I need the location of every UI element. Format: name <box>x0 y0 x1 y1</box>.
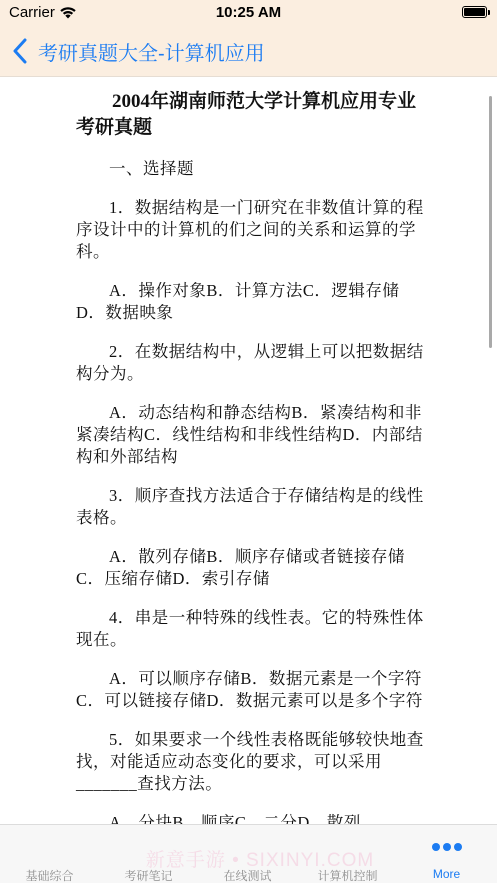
tab-computer-control[interactable]: 计算机控制 <box>298 825 397 883</box>
tab-notes[interactable]: 考研笔记 <box>99 825 198 883</box>
tab-basics[interactable]: 基础综合 <box>0 825 99 883</box>
tab-online-test[interactable]: 在线测试 <box>198 825 297 883</box>
tab-bar: 基础综合 考研笔记 在线测试 计算机控制 More <box>0 824 497 883</box>
question-2: 2．在数据结构中，从逻辑上可以把数据结构分为。 <box>76 341 426 385</box>
battery-full-icon <box>462 6 487 18</box>
tab-label: 在线测试 <box>198 867 297 883</box>
question-3: 3．顺序查找方法适合于存储结构是的线性表格。 <box>76 485 426 529</box>
tab-label: 基础综合 <box>0 867 99 883</box>
vertical-scrollbar[interactable] <box>489 96 492 348</box>
more-dots-icon <box>397 843 496 851</box>
navigation-bar: 考研真题大全-计算机应用 <box>0 26 497 77</box>
back-title: 考研真题大全-计算机应用 <box>38 37 265 66</box>
options-1: A．操作对象B．计算方法C．逻辑存储D．数据映象 <box>76 280 426 324</box>
options-2: A．动态结构和静态结构B．紧凑结构和非紧凑结构C．线性结构和非线性结构D．内部结… <box>76 402 426 468</box>
tab-label: 计算机控制 <box>298 867 397 883</box>
document-title: 2004年湖南师范大学计算机应用专业考研真题 <box>76 89 426 141</box>
clock: 10:25 AM <box>0 4 497 21</box>
question-5: 5．如果要求一个线性表格既能够较快地查找，对能适应动态变化的要求，可以采用___… <box>76 729 426 795</box>
tab-label: 考研笔记 <box>99 867 198 883</box>
options-5: A．分块B．顺序C．二分D．散列 <box>76 812 426 824</box>
chevron-left-icon <box>12 38 28 64</box>
section-heading: 一、选择题 <box>76 158 426 180</box>
battery-tip <box>488 10 490 15</box>
back-button[interactable]: 考研真题大全-计算机应用 <box>12 36 265 66</box>
options-4: A．可以顺序存储B．数据元素是一个字符C．可以链接存储D．数据元素可以是多个字符 <box>76 668 426 712</box>
document-view[interactable]: 2004年湖南师范大学计算机应用专业考研真题 一、选择题 1．数据结构是一门研究… <box>0 77 497 824</box>
tab-more[interactable]: More <box>397 825 496 883</box>
tab-label: More <box>397 867 496 881</box>
options-3: A．散列存储B．顺序存储或者链接存储C．压缩存储D．索引存储 <box>76 546 426 590</box>
document-body: 2004年湖南师范大学计算机应用专业考研真题 一、选择题 1．数据结构是一门研究… <box>76 89 426 824</box>
status-bar: Carrier 10:25 AM <box>0 0 497 26</box>
question-4: 4．串是一种特殊的线性表。它的特殊性体现在。 <box>76 607 426 651</box>
question-1: 1．数据结构是一门研究在非数值计算的程序设计中的计算机的们之间的关系和运算的学科… <box>76 197 426 263</box>
